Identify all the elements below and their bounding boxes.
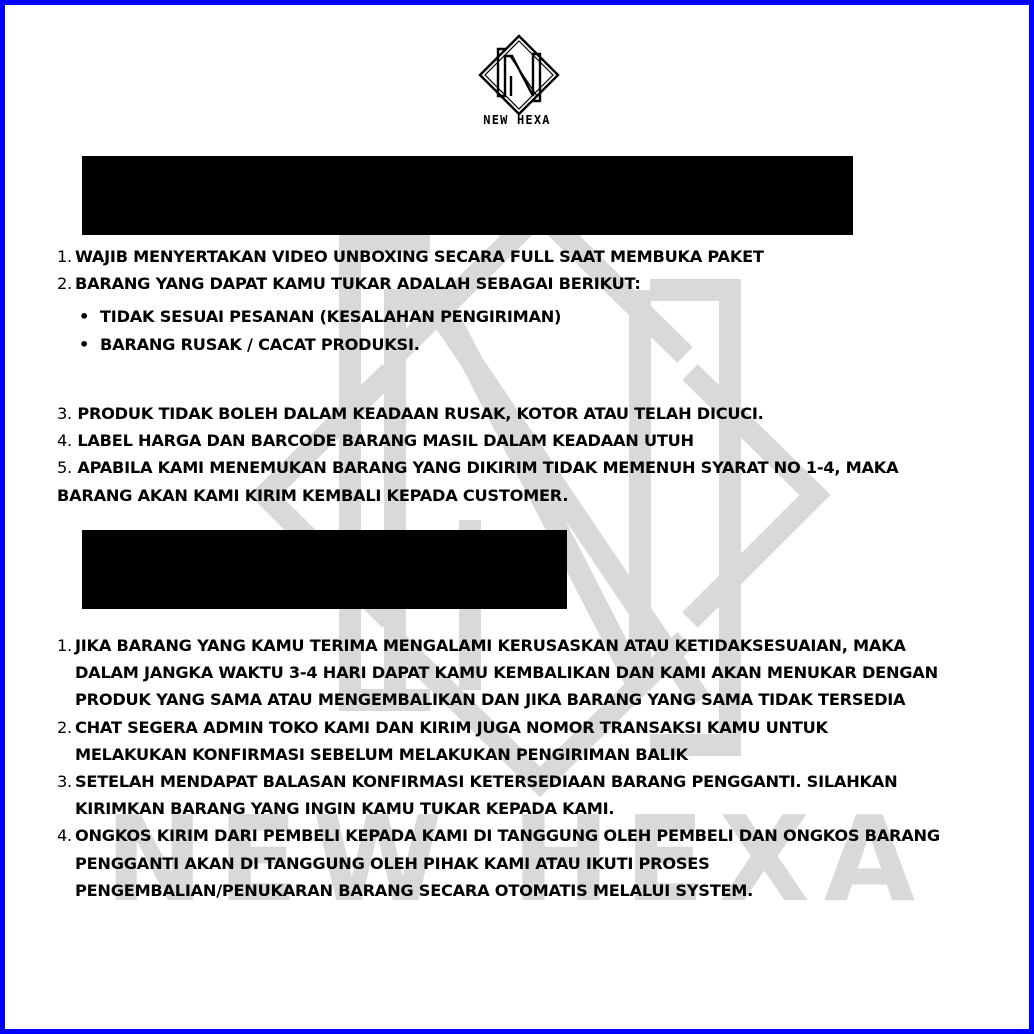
list-item: 1.JIKA BARANG YANG KAMU TERIMA MENGALAMI… [57,632,942,714]
rule-text: WAJIB MENYERTAKAN VIDEO UNBOXING SECARA … [75,247,764,266]
list-item: 4. LABEL HARGA DAN BARCODE BARANG MASIL … [57,427,957,454]
list-item: 1.WAJIB MENYERTAKAN VIDEO UNBOXING SECAR… [57,243,797,270]
section2-list: 1.JIKA BARANG YANG KAMU TERIMA MENGALAMI… [57,632,942,904]
list-item: 5. APABILA KAMI MENEMUKAN BARANG YANG DI… [57,454,937,508]
exchange-conditions-list: •TIDAK SESUAI PESANAN (KESALAHAN PENGIRI… [57,303,797,357]
bullet-item: •TIDAK SESUAI PESANAN (KESALAHAN PENGIRI… [57,303,797,330]
section1-rules: 1.WAJIB MENYERTAKAN VIDEO UNBOXING SECAR… [57,243,797,364]
list-item: 3. PRODUK TIDAK BOLEH DALAM KEADAAN RUSA… [57,400,957,427]
rule-text: SETELAH MENDAPAT BALASAN KONFIRMASI KETE… [75,772,897,818]
rule-text: BARANG YANG DAPAT KAMU TUKAR ADALAH SEBA… [75,274,641,293]
list-item: 2.BARANG YANG DAPAT KAMU TUKAR ADALAH SE… [57,270,797,297]
bullet-icon: • [79,331,89,358]
section1-list: 1.WAJIB MENYERTAKAN VIDEO UNBOXING SECAR… [57,243,797,297]
new-hexa-logo-icon [478,34,560,116]
redacted-heading-2 [82,530,567,609]
rule-text: JIKA BARANG YANG KAMU TERIMA MENGALAMI K… [75,636,938,709]
section1-more-rules: 3. PRODUK TIDAK BOLEH DALAM KEADAAN RUSA… [57,400,957,509]
section2-rules: 1.JIKA BARANG YANG KAMU TERIMA MENGALAMI… [57,632,942,904]
brand-name: NEW HEXA [459,113,575,127]
list-item: 2.CHAT SEGERA ADMIN TOKO KAMI DAN KIRIM … [57,714,942,768]
bullet-item: •BARANG RUSAK / CACAT PRODUKSI. [57,331,797,358]
redacted-heading-1 [82,156,853,235]
rule-text: CHAT SEGERA ADMIN TOKO KAMI DAN KIRIM JU… [75,718,828,764]
rule-text: ONGKOS KIRIM DARI PEMBELI KEPADA KAMI DI… [75,826,940,899]
list-item: 4.ONGKOS KIRIM DARI PEMBELI KEPADA KAMI … [57,822,942,904]
list-item: 3.SETELAH MENDAPAT BALASAN KONFIRMASI KE… [57,768,942,822]
bullet-icon: • [79,303,89,330]
